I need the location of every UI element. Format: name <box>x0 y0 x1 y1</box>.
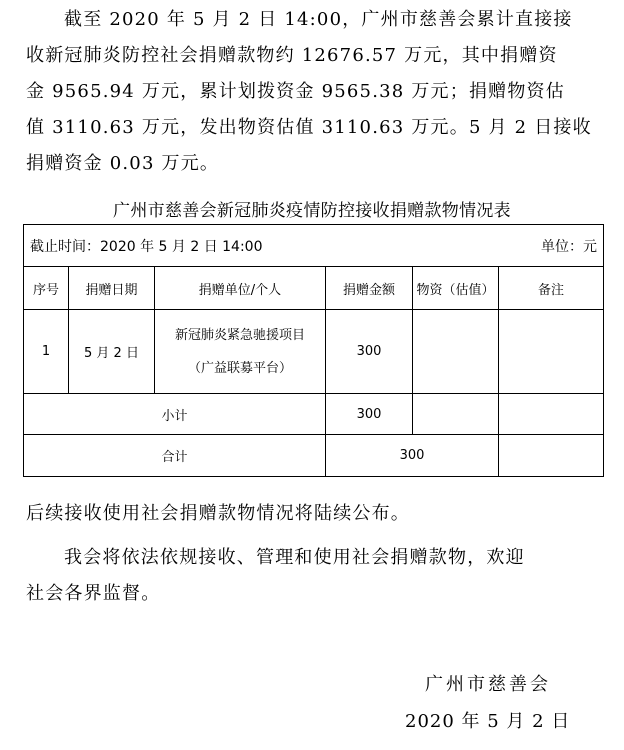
signature-date: 2020 年 5 月 2 日 <box>405 707 570 733</box>
table-header-row: 序号 捐赠日期 捐赠单位/个人 捐赠金额 物资（估值） 备注 <box>24 267 604 310</box>
header-date: 捐赠日期 <box>69 267 155 310</box>
total-label: 合计 <box>24 435 326 477</box>
cell-goods <box>413 310 499 394</box>
intro-line: 值 3110.63 万元，发出物资估值 3110.63 万元。5 月 2 日接收 <box>26 110 586 146</box>
signature-org: 广州市慈善会 <box>425 670 551 696</box>
cell-amount: 300 <box>326 310 413 394</box>
intro-line: 收新冠肺炎防控社会捐赠款物约 12676.57 万元，其中捐赠资 <box>26 38 586 74</box>
intro-line: 截至 2020 年 5 月 2 日 14:00，广州市慈善会累计直接接 <box>26 2 586 38</box>
cutoff-time: 截止时间：2020 年 5 月 2 日 14:00 <box>24 236 263 256</box>
closing-line-1: 后续接收使用社会捐赠款物情况将陆续公布。 <box>26 496 586 532</box>
donor-platform: （广益联募平台） <box>155 352 325 385</box>
total-amount: 300 <box>326 435 499 477</box>
intro-line: 金 9565.94 万元，累计划拨资金 9565.38 万元；捐赠物资估 <box>26 74 586 110</box>
header-donor: 捐赠单位/个人 <box>155 267 326 310</box>
cell-index: 1 <box>24 310 69 394</box>
subtotal-goods <box>413 394 499 435</box>
table-row: 1 5 月 2 日 新冠肺炎紧急驰援项目 （广益联募平台） 300 <box>24 310 604 394</box>
subtotal-row: 小计 300 <box>24 394 604 435</box>
intro-paragraph: 截至 2020 年 5 月 2 日 14:00，广州市慈善会累计直接接 收新冠肺… <box>26 2 586 182</box>
subtotal-note <box>499 394 604 435</box>
closing-paragraph-2: 我会将依法依规接收、管理和使用社会捐赠款物，欢迎 社会各界监督。 <box>26 540 586 612</box>
total-row: 合计 300 <box>24 435 604 477</box>
subtotal-label: 小计 <box>24 394 326 435</box>
closing-line-2b: 社会各界监督。 <box>26 576 586 612</box>
table-meta-cell: 截止时间：2020 年 5 月 2 日 14:00 单位：元 <box>24 225 604 267</box>
cell-note <box>499 310 604 394</box>
cell-date: 5 月 2 日 <box>69 310 155 394</box>
closing-line-2a: 我会将依法依规接收、管理和使用社会捐赠款物，欢迎 <box>26 540 586 576</box>
header-index: 序号 <box>24 267 69 310</box>
header-goods: 物资（估值） <box>413 267 499 310</box>
table-meta-row: 截止时间：2020 年 5 月 2 日 14:00 单位：元 <box>24 225 604 267</box>
total-note <box>499 435 604 477</box>
donor-name: 新冠肺炎紧急驰援项目 <box>155 319 325 352</box>
header-amount: 捐赠金额 <box>326 267 413 310</box>
cell-donor: 新冠肺炎紧急驰援项目 （广益联募平台） <box>155 310 326 394</box>
unit-label: 单位：元 <box>541 236 603 256</box>
intro-line: 捐赠资金 0.03 万元。 <box>26 146 586 182</box>
table-title: 广州市慈善会新冠肺炎疫情防控接收捐赠款物情况表 <box>0 196 624 221</box>
subtotal-amount: 300 <box>326 394 413 435</box>
header-note: 备注 <box>499 267 604 310</box>
donation-table: 截止时间：2020 年 5 月 2 日 14:00 单位：元 序号 捐赠日期 捐… <box>23 224 604 477</box>
